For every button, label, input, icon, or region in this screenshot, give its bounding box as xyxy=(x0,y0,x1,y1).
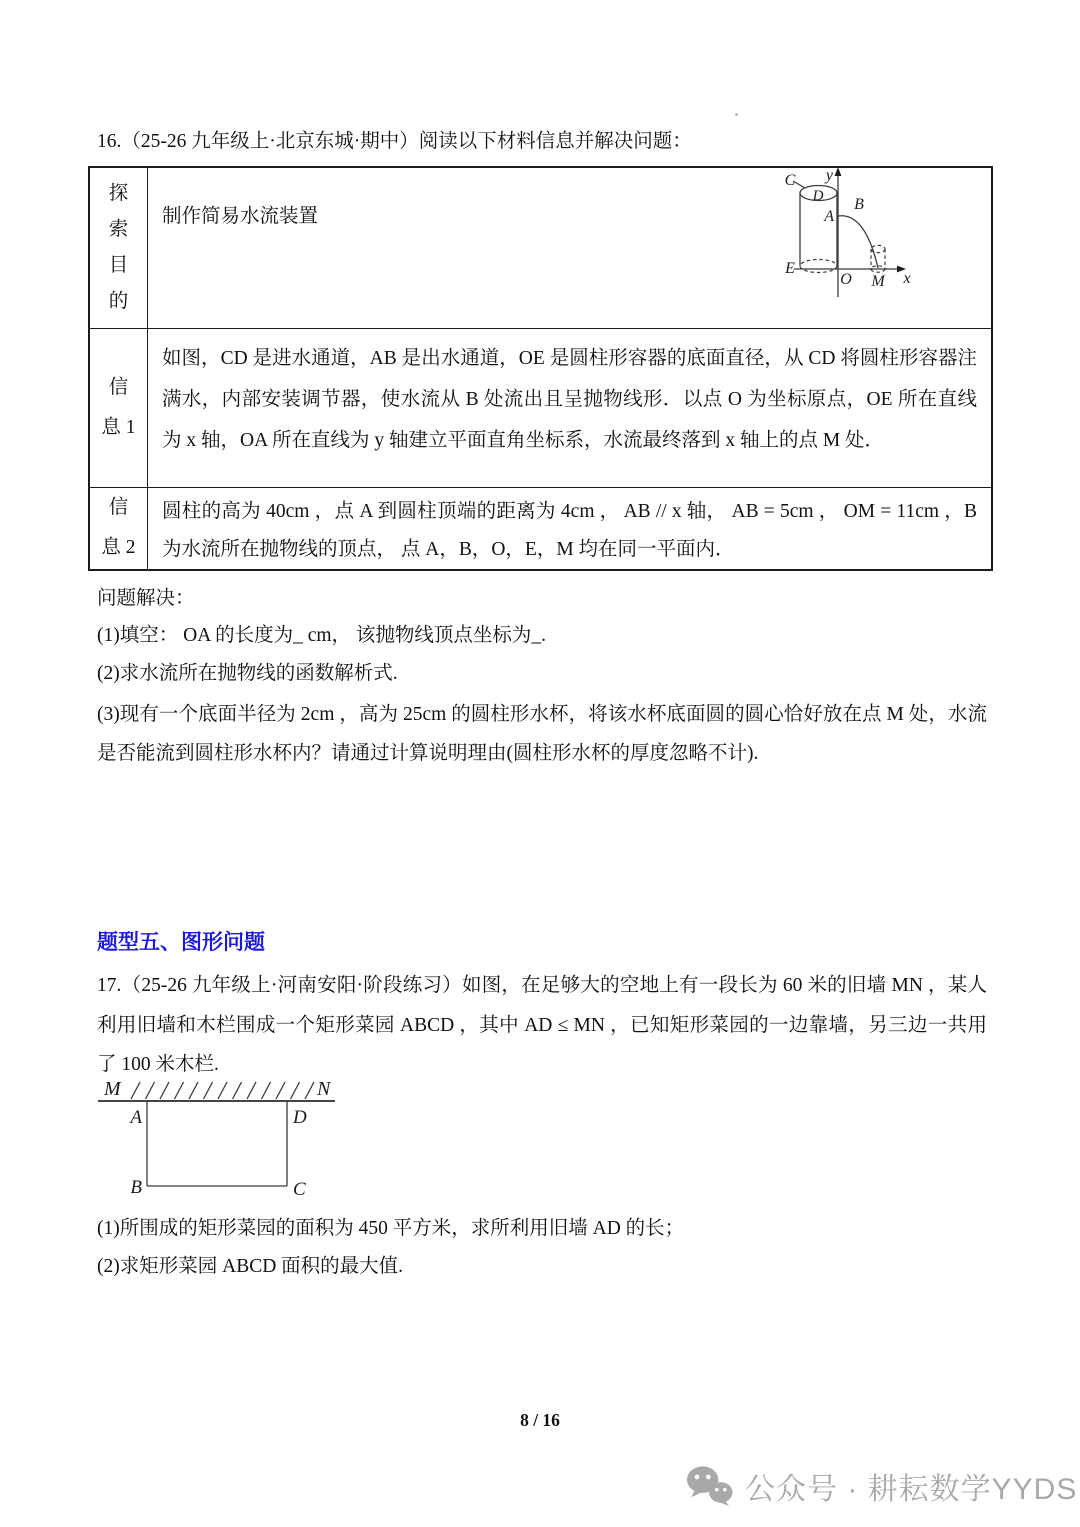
problem16-question-3: (3)现有一个底面半径为 2cm ，高为 25cm 的圆柱形水杯，将该水杯底面圆… xyxy=(97,695,987,773)
problem17-title: 17.（25-26 九年级上·河南安阳·阶段练习）如图，在足够大的空地上有一段长… xyxy=(97,966,987,1085)
fig2-corner-d-label: D xyxy=(292,1107,307,1128)
problem16-question-2: (2)求水流所在抛物线的函数解析式. xyxy=(97,657,987,685)
fig1-point-c-label: C xyxy=(785,172,796,189)
fig1-point-b-label: B xyxy=(854,196,864,213)
page-number: 8 / 16 xyxy=(0,1410,1080,1431)
wechat-icon xyxy=(686,1465,733,1507)
row-label-info1: 信 息 1 xyxy=(90,329,148,487)
fig2-wall-m-label: M xyxy=(103,1078,122,1100)
fig1-x-axis-label: x xyxy=(902,270,910,287)
fig1-point-m-label: M xyxy=(870,273,886,290)
problem16-question-1: (1)填空： OA 的长度为_ cm， 该抛物线顶点坐标为_. xyxy=(97,619,987,647)
fig1-origin-label: O xyxy=(840,271,852,288)
fig1-y-axis-label: y xyxy=(824,167,834,184)
fig2-corner-a-label: A xyxy=(128,1107,142,1128)
problem17-question-1: (1)所围成的矩形菜园的面积为 450 平方米，求所利用旧墙 AD 的长； xyxy=(97,1212,987,1240)
row-content-info2: 圆柱的高为 40cm ，点 A 到圆柱顶端的距离为 4cm ， AB // x … xyxy=(148,488,991,569)
row-content-info1: 如图，CD 是进水通道，AB 是出水通道，OE 是圆柱形容器的底面直径，从 CD… xyxy=(148,329,991,487)
fig1-point-d-label: D xyxy=(812,188,824,204)
fig2-corner-b-label: B xyxy=(130,1177,142,1198)
fig2-corner-c-label: C xyxy=(293,1179,306,1200)
fig1-point-a-label: A xyxy=(823,208,834,225)
fig1-point-e-label: E xyxy=(784,260,795,277)
wall-rectangle-figure: M N A D B C xyxy=(95,1076,355,1204)
scan-artifact-dot xyxy=(735,113,738,116)
problem17-question-2: (2)求矩形菜园 ABCD 面积的最大值. xyxy=(97,1250,987,1278)
row-label-info2: 信 息 2 xyxy=(90,488,148,569)
solve-heading: 问题解决： xyxy=(97,582,987,610)
problem16-title: 16.（25-26 九年级上·北京东城·期中）阅读以下材料信息并解决问题： xyxy=(97,130,987,154)
wall-hatch-marks xyxy=(131,1082,314,1099)
row-label-purpose: 探 索 目 的 xyxy=(90,168,148,328)
brand-footer: 公众号 · 耕耘数学YYDS xyxy=(686,1464,1077,1508)
table-row-info2: 信 息 2 圆柱的高为 40cm ，点 A 到圆柱顶端的距离为 4cm ， AB… xyxy=(90,487,991,569)
fig2-wall-n-label: N xyxy=(316,1078,332,1100)
purpose-text: 制作简易水流装置 xyxy=(162,206,318,227)
cylinder-parabola-figure: y x O C D A B E M xyxy=(778,167,918,319)
section5-title: 题型五、图形问题 xyxy=(97,926,987,956)
brand-text: 公众号 · 耕耘数学YYDS xyxy=(745,1464,1077,1508)
worksheet-page: 16.（25-26 九年级上·北京东城·期中）阅读以下材料信息并解决问题： 探 … xyxy=(0,0,1080,1527)
table-row-info1: 信 息 1 如图，CD 是进水通道，AB 是出水通道，OE 是圆柱形容器的底面直… xyxy=(90,328,991,487)
